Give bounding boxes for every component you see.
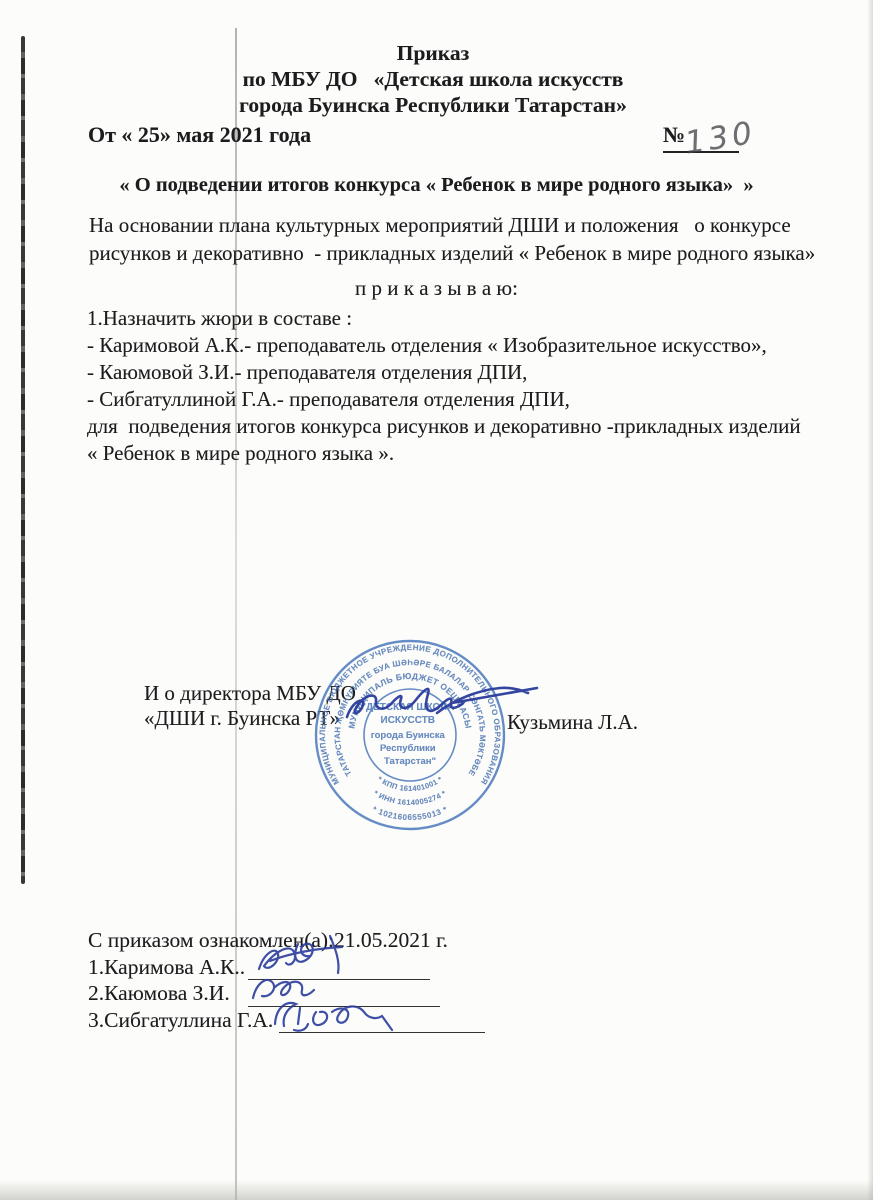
number-sign-label: №	[663, 122, 739, 153]
signer-position-line1: И о директора МБУ ДО	[144, 681, 356, 706]
order-number-field: №	[663, 122, 739, 153]
scanned-order-document: Приказ по МБУ ДО «Детская школа искусств…	[0, 0, 873, 1200]
order-items-list: 1.Назначить жюри в составе : - Каримовой…	[87, 305, 801, 467]
stamp-ring-inner-text: МУНИЦИПАЛЬ БЮДЖЕТ ОЕШМАСЫ	[346, 671, 473, 730]
stamp-ring-inner-number: * КПП 161401001 *	[376, 775, 444, 793]
order-verb: п р и к а з ы в а ю:	[0, 276, 873, 301]
ack-person-name: 2.Каюмова З.И.	[88, 980, 230, 1007]
doc-type-title: Приказ	[150, 40, 716, 66]
stamp-center-text: "ДЕТСКАЯ ШКОЛА ИСКУССТВ города Буинска Р…	[361, 697, 459, 767]
preamble-line-1: На основании плана культурных мероприяти…	[89, 212, 815, 240]
signature-line	[248, 986, 440, 1007]
acknowledgment-row: 2.Каюмова З.И.	[88, 980, 485, 1007]
order-item: - Каримовой А.К.- преподаватель отделени…	[87, 332, 801, 359]
order-item: - Каюмовой З.И.- преподавателя отделения…	[87, 359, 801, 386]
order-item: 1.Назначить жюри в составе :	[87, 305, 801, 332]
stamp-ring-middle-number: * ИНН 1614005274 *	[372, 789, 448, 807]
stamp-inner-circle	[364, 689, 456, 781]
scan-edge-artifact	[21, 36, 25, 884]
scan-bottom-shadow	[0, 1180, 873, 1200]
acknowledgment-row: 3.Сибгатуллина Г.А.	[88, 1007, 485, 1034]
org-name-line2: города Буинска Республики Татарстан»	[150, 92, 716, 118]
doc-header: Приказ по МБУ ДО «Детская школа искусств…	[150, 40, 716, 118]
signer-name: Кузьмина Л.А.	[507, 710, 638, 735]
order-item: « Ребенок в мире родного языка ».	[87, 440, 801, 467]
stamp-ring-outer-number: * 1021606555013 *	[371, 805, 449, 822]
ack-person-name: 1.Каримова А.К..	[88, 954, 245, 981]
ack-person-name: 3.Сибгатуллина Г.А.	[88, 1007, 273, 1034]
signature-line	[248, 959, 430, 980]
order-subject: « О подведении итогов конкурса « Ребенок…	[0, 174, 873, 197]
order-item: для подведения итогов конкурса рисунков …	[87, 413, 801, 440]
org-name-line1: по МБУ ДО «Детская школа искусств	[150, 66, 716, 92]
stamp-outer-circle	[316, 641, 504, 829]
order-item: - Сибгатуллиной Г.А.- преподавателя отде…	[87, 386, 801, 413]
order-preamble: На основании плана культурных мероприяти…	[89, 212, 815, 267]
acknowledgment-row: 1.Каримова А.К..	[88, 954, 485, 981]
stamp-ring-outer-text: МУНИЦИПАЛЬНОЕ БЮДЖЕТНОЕ УЧРЕЖДЕНИЕ ДОПОЛ…	[318, 643, 502, 786]
acknowledgment-title: С приказом ознакомлен(а):21.05.2021 г.	[88, 927, 485, 954]
signer-position-line2: «ДШИ г. Буинска РТ»	[144, 706, 340, 731]
order-date: От « 25» мая 2021 года	[88, 122, 311, 148]
acknowledgment-block: С приказом ознакомлен(а):21.05.2021 г. 1…	[88, 927, 485, 1033]
stamp-ring-middle-text: ТАТАРСТАН ҖӨМҺҮРИЯТЕ БУА ШӘҺӘРЕ БАЛАЛАР …	[333, 658, 487, 778]
signature-line	[279, 1012, 485, 1033]
preamble-line-2: рисунков и декоративно - прикладных изде…	[89, 240, 815, 268]
official-stamp: МУНИЦИПАЛЬНОЕ БЮДЖЕТНОЕ УЧРЕЖДЕНИЕ ДОПОЛ…	[316, 641, 504, 829]
